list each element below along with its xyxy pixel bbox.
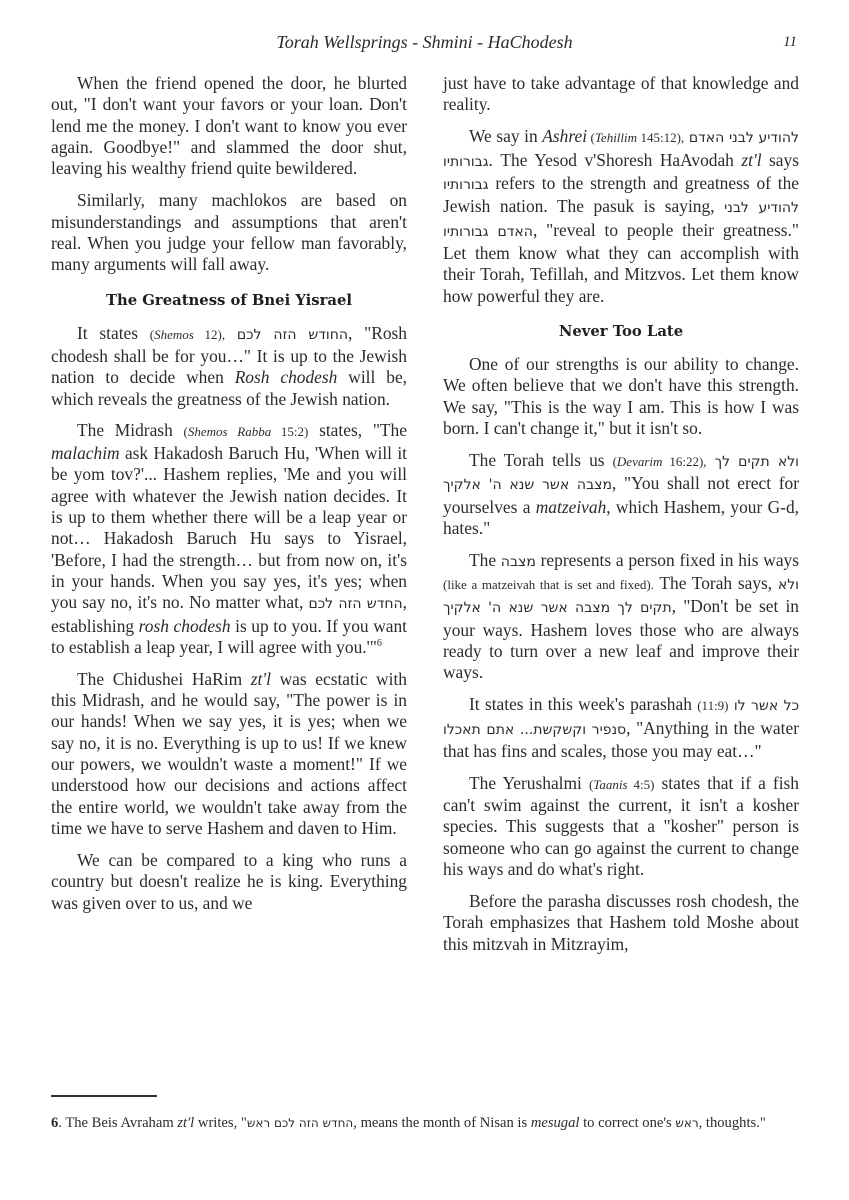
italic-term: zt'l [177,1115,194,1131]
source-ref: 16:22), [662,454,706,469]
hebrew-quote: החדש הזה לכם [308,596,402,612]
source-citation: (11:9) [697,698,728,713]
paragraph-yerushalmi: The Yerushalmi (Taanis 4:5) states that … [443,773,799,881]
section-heading-never-too-late: Never Too Late [443,323,799,340]
paragraph-matzeivah: The מצבה represents a person fixed in hi… [443,550,799,684]
right-column: just have to take advantage of that know… [443,73,799,966]
hebrew-word: ראש [675,1116,698,1130]
source-citation: (Tehillim 145:12), [587,130,684,145]
paragraph-king: We can be compared to a king who runs a … [51,850,407,914]
hebrew-quote: החדש הזה לכם ראש [247,1116,353,1130]
text: says [762,150,799,170]
text: The Torah says, [654,573,778,593]
source-book: Taanis [593,777,627,792]
text: represents a person fixed in his ways [536,550,799,570]
source-citation: (Shemos 12), [150,327,225,342]
text: was ecstatic with this Midrash, and he w… [51,669,407,838]
running-title: Torah Wellsprings - Shmini - HaChodesh [0,32,849,53]
text: The [469,550,501,570]
source-book: Shemos Rabba [188,424,271,439]
italic-term: Rosh chodesh [235,367,338,387]
text: The Midrash [77,420,184,440]
paragraph-torah-tells-us: The Torah tells us (Devarim 16:22), ולא … [443,450,799,539]
hebrew-quote: החודש הזה לכם [237,327,348,343]
source-ref: 4:5) [628,777,655,792]
section-heading-greatness: The Greatness of Bnei Yisrael [51,292,407,309]
footnote-reference[interactable]: 6 [377,638,382,649]
text: ask Hakadosh Baruch Hu, 'When will it be… [51,443,407,612]
paragraph-before-parasha: Before the parasha discusses rosh chodes… [443,891,799,955]
text: to correct one's [579,1115,675,1131]
paragraph-chidushei-harim: The Chidushei HaRim zt'l was ecstatic wi… [51,669,407,840]
source-book: Devarim [617,454,663,469]
source-citation: (Devarim 16:22), [613,454,707,469]
hebrew-word: מצבה [501,554,536,570]
italic-term: mesugal [531,1115,580,1131]
page-number: 11 [783,34,797,51]
italic-term: Ashrei [542,126,587,146]
page-header: Torah Wellsprings - Shmini - HaChodesh 1… [0,30,849,56]
source-book: Shemos [154,327,194,342]
text: writes, " [194,1115,247,1131]
text: The Chidushei HaRim [77,669,251,689]
italic-term: zt'l [251,669,271,689]
paragraph-continuation: just have to take advantage of that know… [443,73,799,116]
parenthetical-note: (like a matzeivah that is set and fixed)… [443,577,654,592]
paragraph-midrash: The Midrash (Shemos Rabba 15:2) states, … [51,420,407,658]
text: states, "The [308,420,407,440]
text: , thoughts." [699,1115,766,1131]
text: The Yerushalmi [469,773,589,793]
text: We say in [469,126,542,146]
text: . The Beis Avraham [58,1115,177,1131]
source-citation: (Taanis 4:5) [589,777,655,792]
hebrew-quote: גבורותיו [443,177,489,193]
italic-term: rosh chodesh [139,616,231,636]
source-ref: 12), [194,327,225,342]
italic-term: malachim [51,443,120,463]
text: , means the month of Nisan is [353,1115,531,1131]
left-column: When the friend opened the door, he blur… [51,73,407,925]
footnote-divider [51,1095,157,1097]
paragraph-friend-door: When the friend opened the door, he blur… [51,73,407,180]
italic-term: zt'l [741,150,761,170]
paragraph-ability-to-change: One of our strengths is our ability to c… [443,354,799,439]
text: . The Yesod v'Shoresh HaAvodah [489,150,742,170]
paragraph-fins-scales: It states in this week's parashah (11:9)… [443,694,799,762]
source-ref: 15:2) [271,424,308,439]
text: The Torah tells us [469,450,613,470]
footnote-6: 6. The Beis Avraham zt'l writes, "החדש ה… [51,1114,799,1133]
text: It states [77,323,150,343]
text: It states in this week's parashah [469,694,697,714]
paragraph-ashrei: We say in Ashrei (Tehillim 145:12), להוד… [443,126,799,307]
italic-term: matzeivah [536,497,607,517]
paren: ( [587,130,595,145]
paragraph-it-states: It states (Shemos 12), החודש הזה לכם, "R… [51,323,407,410]
source-ref: 145:12), [637,130,684,145]
source-citation: (Shemos Rabba 15:2) [184,424,309,439]
source-book: Tehillim [595,130,637,145]
paragraph-machlokos: Similarly, many machlokos are based on m… [51,190,407,275]
